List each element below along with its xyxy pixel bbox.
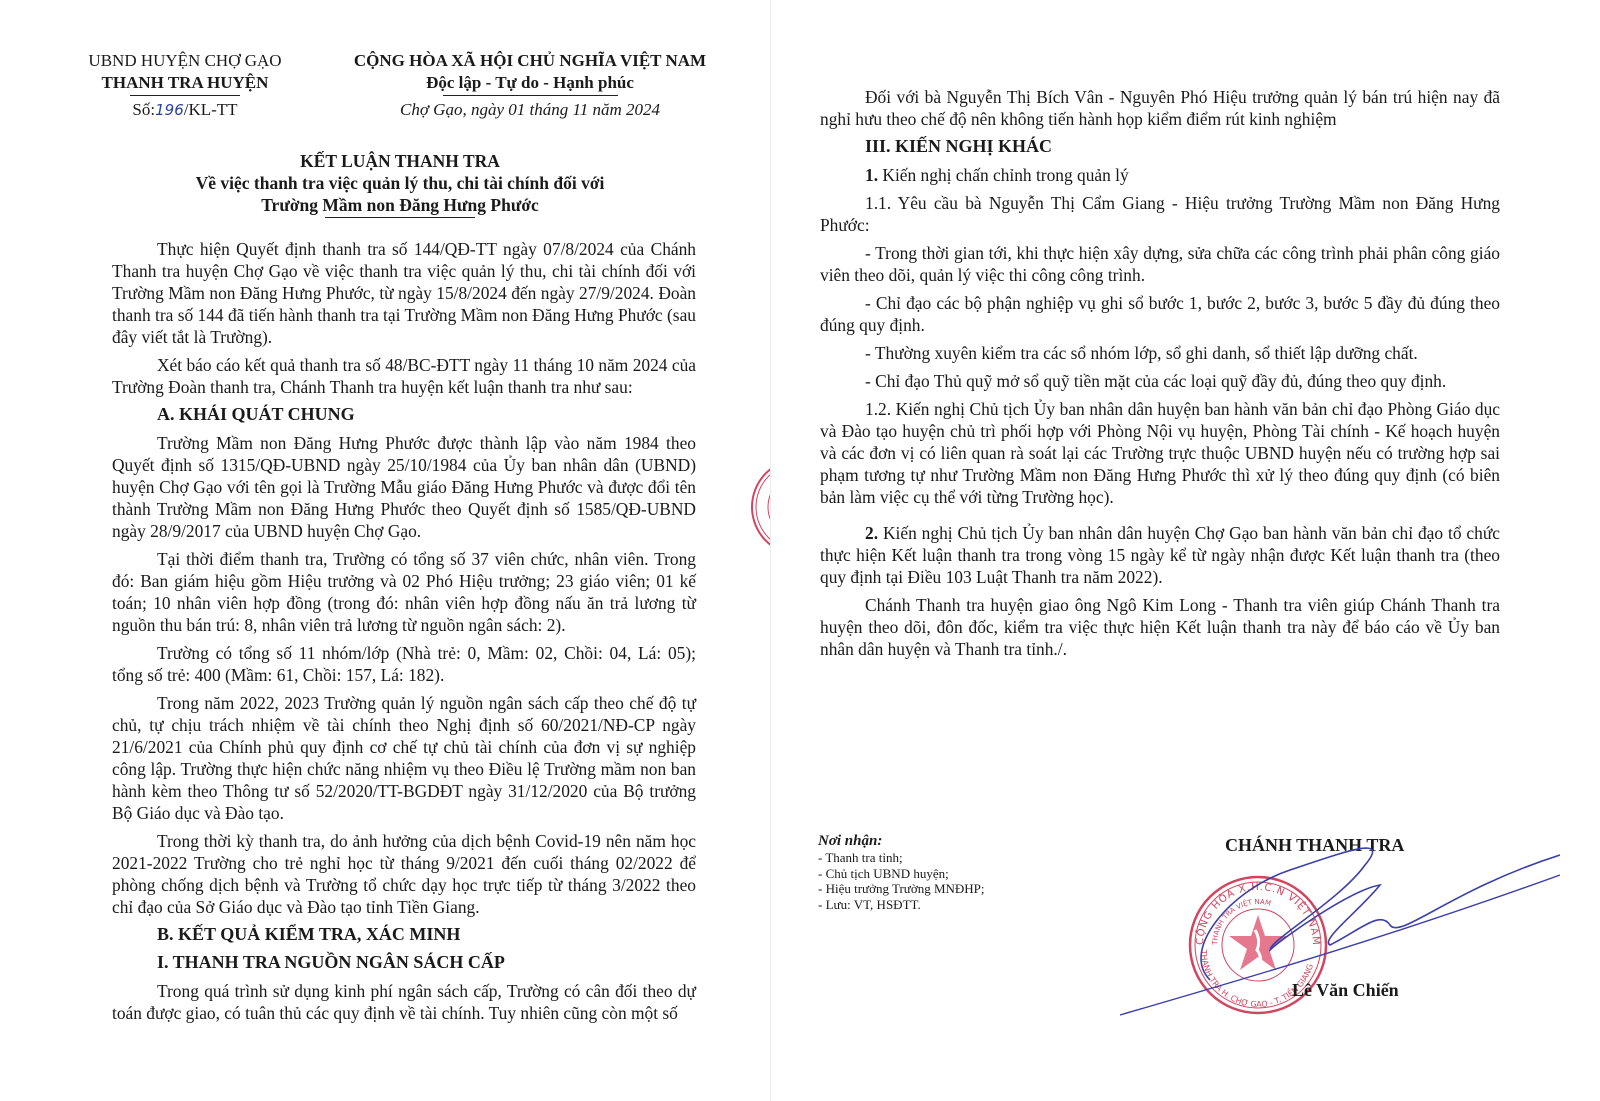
numbered-paragraph: 2. Kiến nghị Chủ tịch Ủy ban nhân dân hu… (820, 522, 1500, 588)
left-page: UBND HUYỆN CHỢ GẠO THANH TRA HUYỆN Số:19… (0, 0, 770, 1101)
section-heading: III. KIẾN NGHỊ KHÁC (820, 134, 1500, 158)
body-paragraph: - Trong thời gian tới, khi thực hiện xây… (820, 242, 1500, 286)
body-paragraph: Xét báo cáo kết quả thanh tra số 48/BC-Đ… (112, 354, 696, 398)
paragraph-text: Kiến nghị chấn chỉnh trong quản lý (878, 165, 1129, 185)
right-page-body: Đối với bà Nguyễn Thị Bích Vân - Nguyên … (820, 86, 1500, 660)
title-sub-2: Trường Mầm non Đăng Hưng Phước (100, 194, 700, 216)
body-paragraph: Trong năm 2022, 2023 Trường quản lý nguồ… (112, 692, 696, 824)
section-heading: B. KẾT QUẢ KIỂM TRA, XÁC MINH (112, 922, 696, 946)
motto-underline (443, 95, 618, 96)
place-date: Chợ Gạo, ngày 01 tháng 11 năm 2024 (320, 99, 740, 121)
paragraph-text: Kiến nghị Chủ tịch Ủy ban nhân dân huyện… (820, 523, 1500, 587)
signer-name: Lê Văn Chiến (1292, 980, 1399, 1001)
title-underline (325, 217, 475, 218)
body-paragraph: Đối với bà Nguyễn Thị Bích Vân - Nguyên … (820, 86, 1500, 130)
recipients-heading: Nơi nhận: (818, 832, 1078, 850)
recipient-item: - Chủ tịch UBND huyện; (818, 866, 1078, 882)
agency-parent: UBND HUYỆN CHỢ GẠO (80, 50, 290, 72)
nation-name: CỘNG HÒA XÃ HỘI CHỦ NGHĨA VIỆT NAM (320, 50, 740, 72)
body-paragraph: Trong quá trình sử dụng kinh phí ngân sá… (112, 980, 696, 1024)
body-paragraph: Trong thời kỳ thanh tra, do ảnh hưởng củ… (112, 830, 696, 918)
body-paragraph: Chánh Thanh tra huyện giao ông Ngô Kim L… (820, 594, 1500, 660)
handwritten-number: 196 (155, 101, 184, 119)
recipients-block: Nơi nhận: - Thanh tra tỉnh; - Chủ tịch U… (818, 832, 1078, 912)
national-motto: Độc lập - Tự do - Hạnh phúc (320, 72, 740, 94)
body-paragraph: Tại thời điểm thanh tra, Trường có tổng … (112, 548, 696, 636)
recipient-item: - Hiệu trưởng Trường MNĐHP; (818, 881, 1078, 897)
body-paragraph: - Chỉ đạo các bộ phận nghiệp vụ ghi sổ b… (820, 292, 1500, 336)
body-paragraph: 1.1. Yêu cầu bà Nguyễn Thị Cẩm Giang - H… (820, 192, 1500, 236)
issuing-agency-block: UBND HUYỆN CHỢ GẠO THANH TRA HUYỆN Số:19… (80, 50, 290, 121)
title-sub-1: Về việc thanh tra việc quản lý thu, chi … (100, 172, 700, 194)
paragraph-number: 1. (865, 165, 878, 185)
section-heading: I. THANH TRA NGUỒN NGÂN SÁCH CẤP (112, 950, 696, 974)
body-paragraph: - Thường xuyên kiểm tra các sổ nhóm lớp,… (820, 342, 1500, 364)
agency-underline (130, 95, 240, 96)
body-paragraph: Trường có tổng số 11 nhóm/lớp (Nhà trẻ: … (112, 642, 696, 686)
paragraph-number: 2. (865, 523, 878, 543)
body-paragraph: - Chỉ đạo Thủ quỹ mở sổ quỹ tiền mặt của… (820, 370, 1500, 392)
title-main: KẾT LUẬN THANH TRA (100, 150, 700, 172)
recipient-item: - Thanh tra tỉnh; (818, 850, 1078, 866)
numbered-paragraph: 1. Kiến nghị chấn chỉnh trong quản lý (820, 164, 1500, 186)
body-paragraph: Thực hiện Quyết định thanh tra số 144/QĐ… (112, 238, 696, 348)
national-header: CỘNG HÒA XÃ HỘI CHỦ NGHĨA VIỆT NAM Độc l… (320, 50, 740, 121)
body-paragraph: 1.2. Kiến nghị Chủ tịch Ủy ban nhân dân … (820, 398, 1500, 508)
recipient-item: - Lưu: VT, HSĐTT. (818, 897, 1078, 913)
document-title: KẾT LUẬN THANH TRA Về việc thanh tra việ… (100, 150, 700, 218)
left-page-body: Thực hiện Quyết định thanh tra số 144/QĐ… (112, 238, 696, 1024)
section-heading: A. KHÁI QUÁT CHUNG (112, 402, 696, 426)
body-paragraph: Trường Mầm non Đăng Hưng Phước được thàn… (112, 432, 696, 542)
document-number: Số:196/KL-TT (80, 99, 290, 121)
agency-name: THANH TRA HUYỆN (80, 72, 290, 94)
